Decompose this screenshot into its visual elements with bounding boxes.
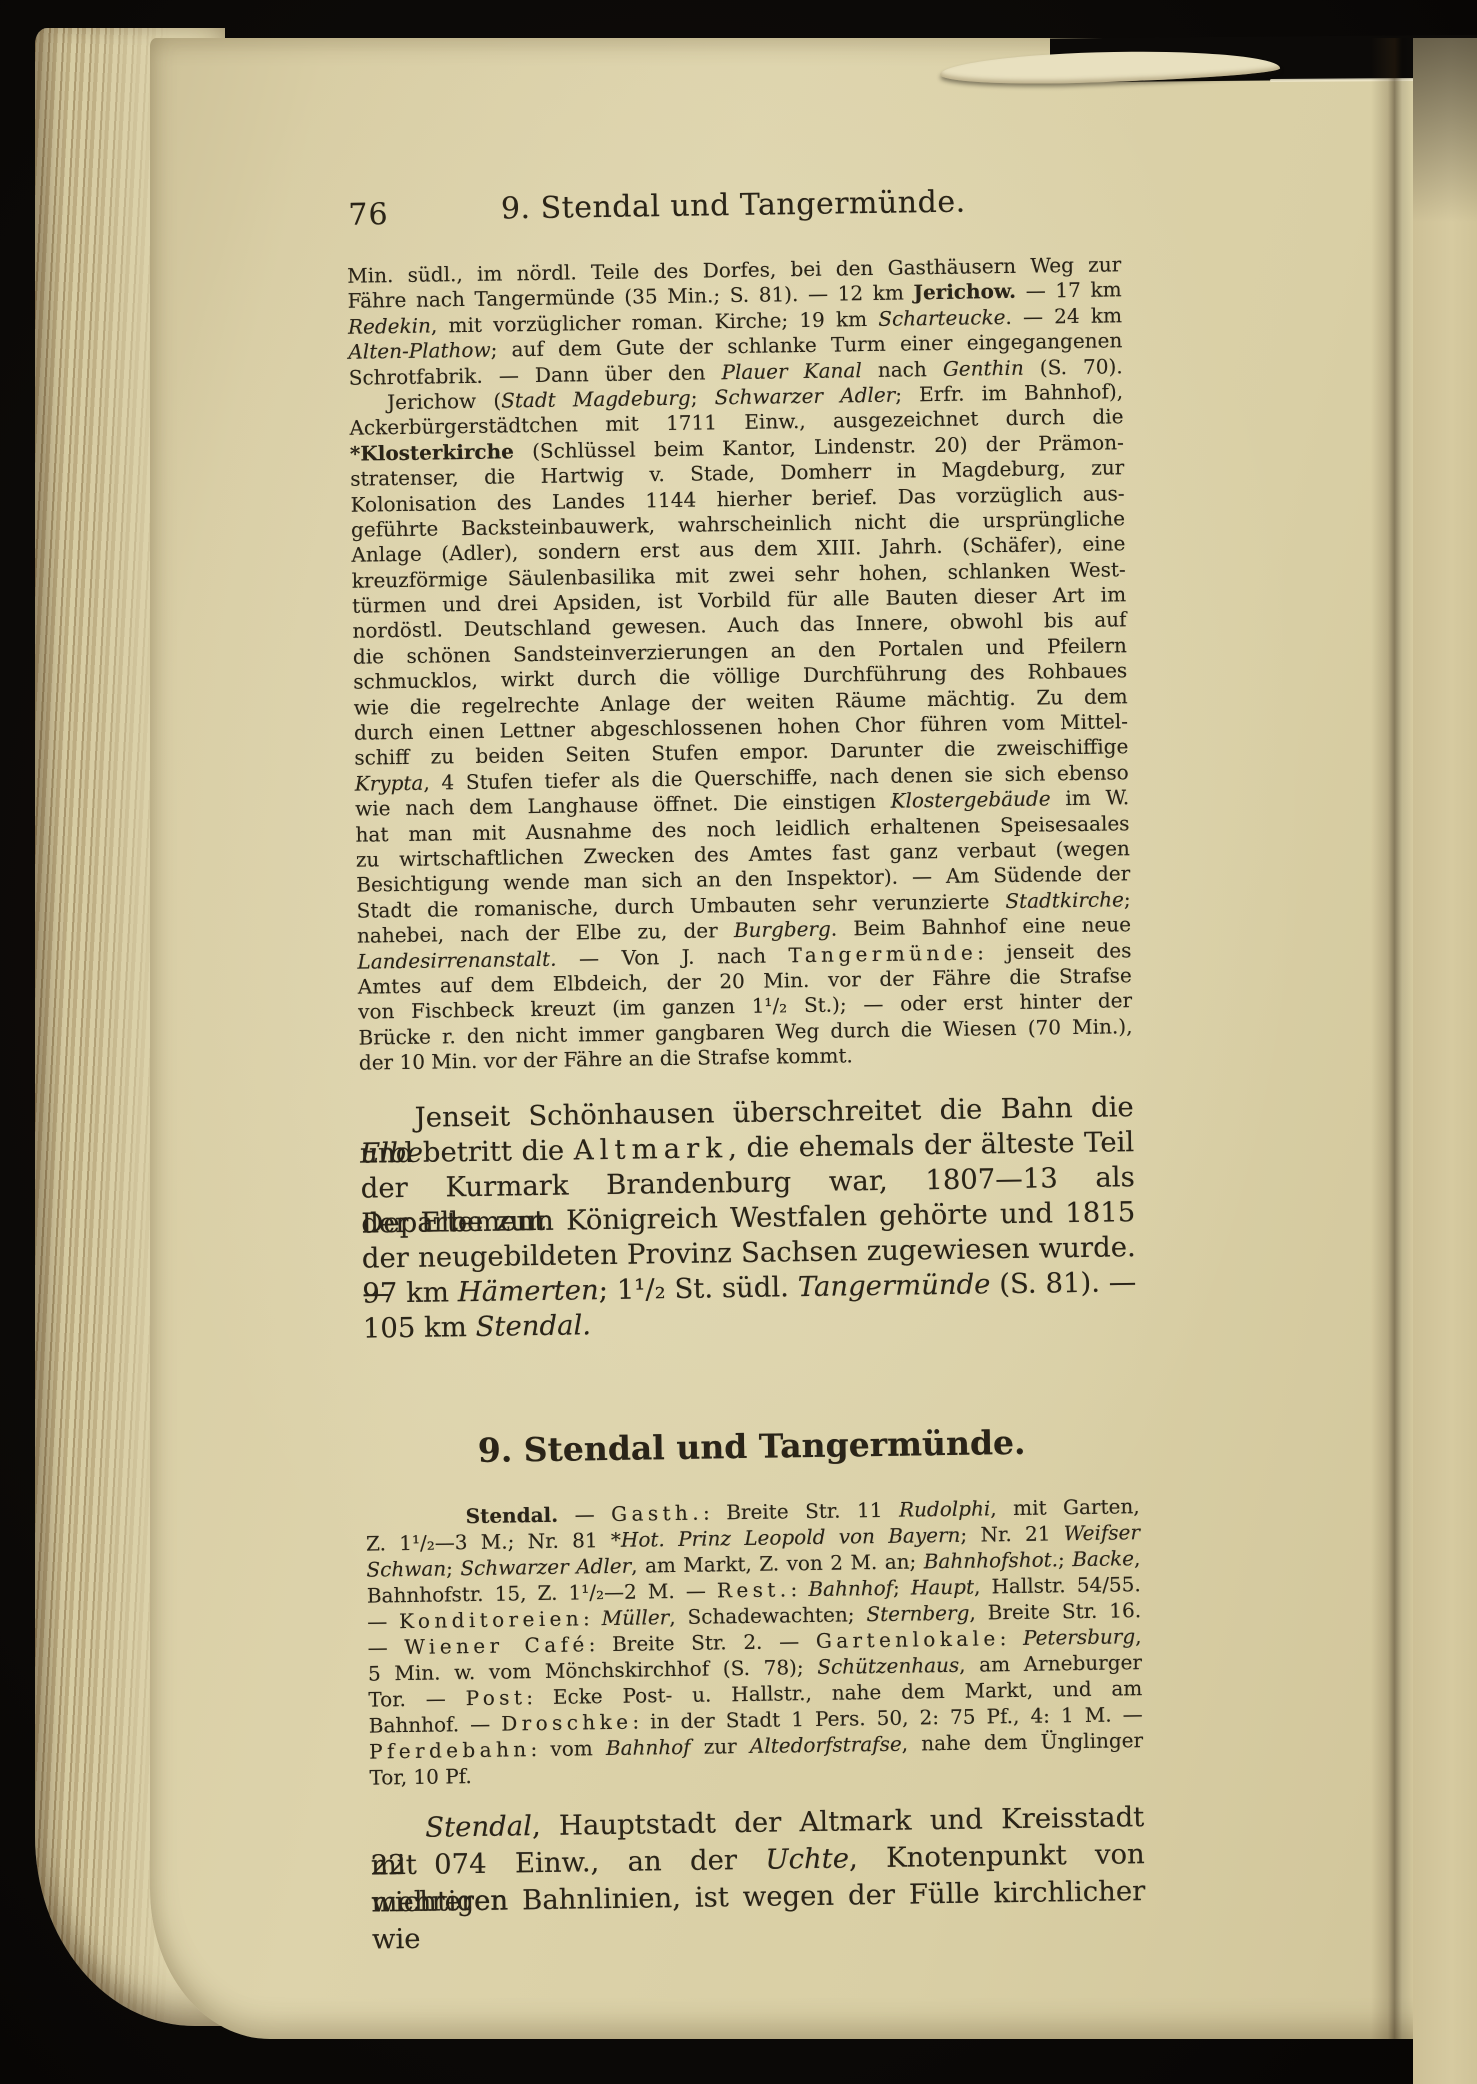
paragraph-route: Min. südl., im nördl. Teile des Dorfes, … (347, 252, 1133, 1076)
paragraph-mainbody: Jenseit Schönhausen überschreitet die Ba… (360, 1090, 1138, 1346)
text-column: Min. südl., im nördl. Teile des Dorfes, … (347, 252, 1146, 1921)
next-page-edge (1413, 38, 1477, 2084)
paragraph-intro: Stendal, Hauptstadt der Altmark und Krei… (370, 1799, 1146, 1921)
gutter-crease (1371, 38, 1413, 2039)
page-header: 76 9. Stendal und Tangermünde. (346, 182, 1121, 235)
paragraph-hotels: Stendal. — Gasth.: Breite Str. 11 Rudolp… (365, 1493, 1143, 1790)
book-page: 76 9. Stendal und Tangermünde. Min. südl… (150, 38, 1477, 2039)
book-photo: 76 9. Stendal und Tangermünde. Min. südl… (0, 0, 1477, 2084)
page-number: 76 (348, 197, 389, 233)
running-header: 9. Stendal und Tangermünde. (346, 182, 1120, 228)
text-line: 9. Stendal und Tangermünde. (364, 1419, 1139, 1474)
paragraph-heading: 9. Stendal und Tangermünde. (364, 1419, 1139, 1474)
page-content: 76 9. Stendal und Tangermünde. Min. südl… (346, 182, 1146, 1921)
